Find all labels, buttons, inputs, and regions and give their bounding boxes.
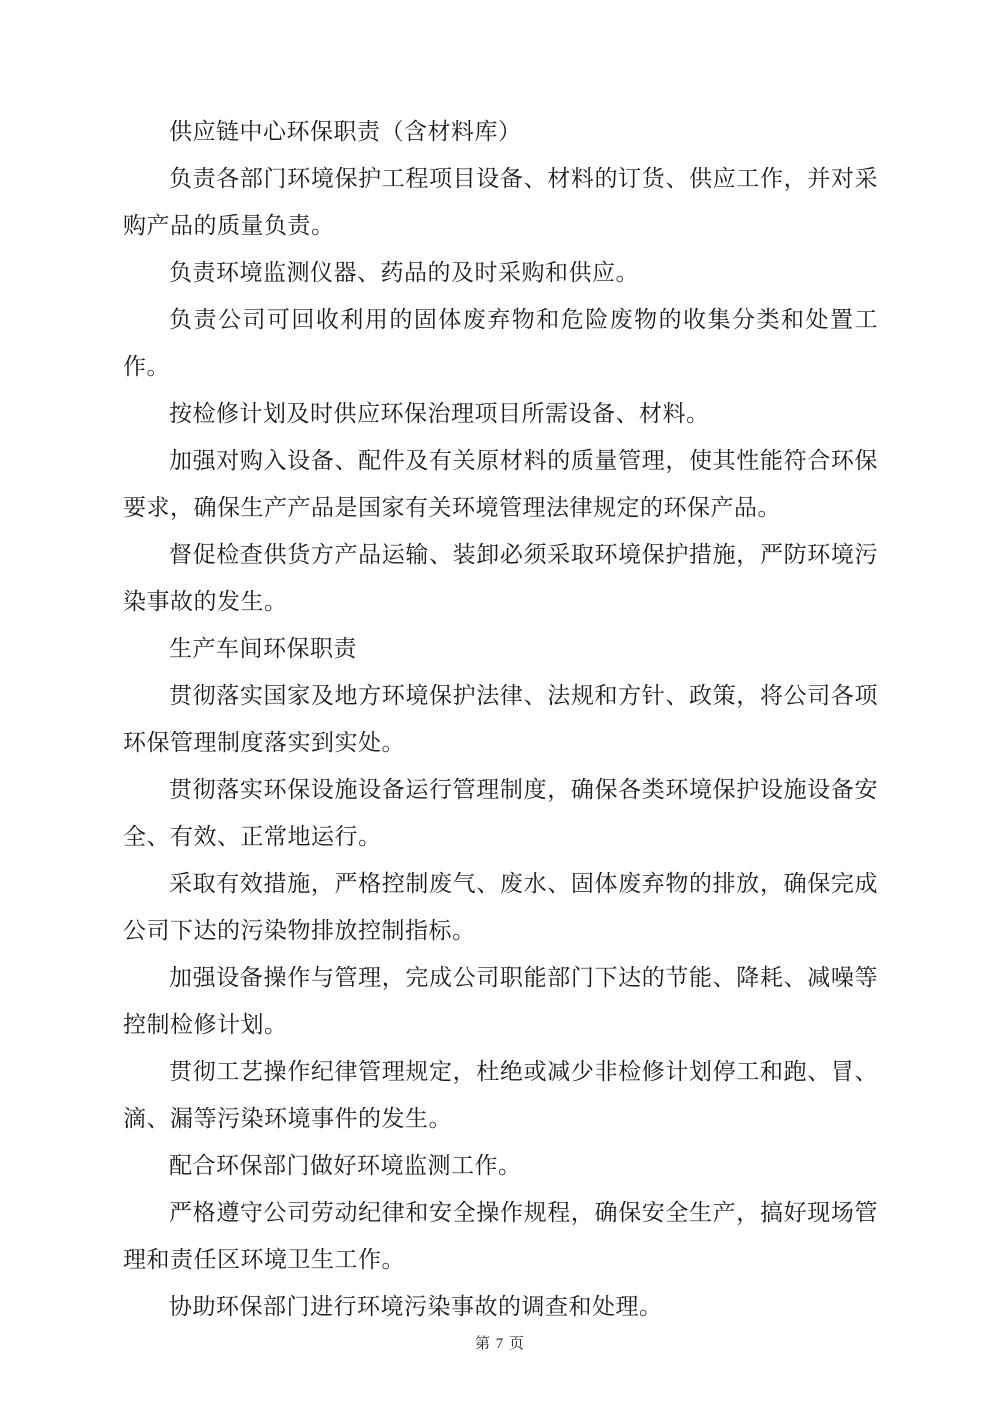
section-heading-production-workshop: 生产车间环保职责: [123, 625, 878, 672]
paragraph: 贯彻工艺操作纪律管理规定，杜绝或减少非检修计划停工和跑、冒、滴、漏等污染环境事件…: [123, 1048, 878, 1142]
paragraph: 督促检查供货方产品运输、装卸必须采取环境保护措施，严防环境污染事故的发生。: [123, 531, 878, 625]
paragraph: 加强对购入设备、配件及有关原材料的质量管理，使其性能符合环保要求，确保生产产品是…: [123, 437, 878, 531]
paragraph: 配合环保部门做好环境监测工作。: [123, 1142, 878, 1189]
paragraph: 加强设备操作与管理，完成公司职能部门下达的节能、降耗、减噪等控制检修计划。: [123, 954, 878, 1048]
document-page: 供应链中心环保职责（含材料库） 负责各部门环境保护工程项目设备、材料的订货、供应…: [0, 0, 1000, 1415]
paragraph: 负责各部门环境保护工程项目设备、材料的订货、供应工作，并对采购产品的质量负责。: [123, 155, 878, 249]
section-heading-supply-chain: 供应链中心环保职责（含材料库）: [123, 108, 878, 155]
paragraph: 负责公司可回收利用的固体废弃物和危险废物的收集分类和处置工作。: [123, 296, 878, 390]
paragraph: 协助环保部门进行环境污染事故的调查和处理。: [123, 1283, 878, 1330]
page-footer: 第 7 页: [0, 1332, 1000, 1353]
paragraph: 采取有效措施，严格控制废气、废水、固体废弃物的排放，确保完成公司下达的污染物排放…: [123, 860, 878, 954]
paragraph: 贯彻落实国家及地方环境保护法律、法规和方针、政策，将公司各项环保管理制度落实到实…: [123, 672, 878, 766]
page-number: 第 7 页: [475, 1336, 525, 1352]
document-body: 供应链中心环保职责（含材料库） 负责各部门环境保护工程项目设备、材料的订货、供应…: [123, 108, 878, 1330]
paragraph: 严格遵守公司劳动纪律和安全操作规程，确保安全生产，搞好现场管理和责任区环境卫生工…: [123, 1189, 878, 1283]
paragraph: 负责环境监测仪器、药品的及时采购和供应。: [123, 249, 878, 296]
paragraph: 贯彻落实环保设施设备运行管理制度，确保各类环境保护设施设备安全、有效、正常地运行…: [123, 766, 878, 860]
paragraph: 按检修计划及时供应环保治理项目所需设备、材料。: [123, 390, 878, 437]
